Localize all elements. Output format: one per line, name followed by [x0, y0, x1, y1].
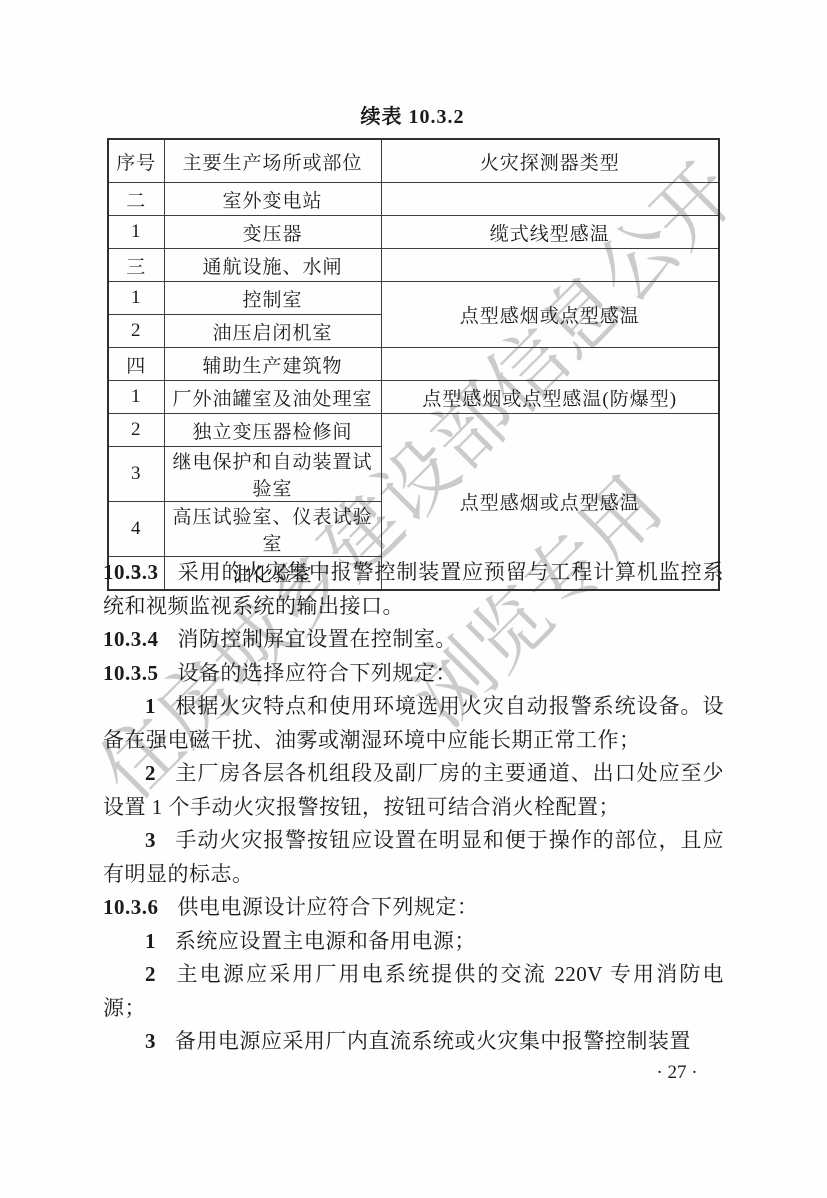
item-number: 1 [145, 929, 156, 953]
cell-no: 1 [108, 282, 164, 315]
cell-type: 点型感烟或点型感温(防爆型) [381, 381, 719, 414]
item-2: 2主厂房各层各机组段及副厂房的主要通道、出口处应至少设置 1 个手动火灾报警按钮… [103, 757, 724, 824]
cell-type [381, 249, 719, 282]
item-3: 3手动火灾报警按钮应设置在明显和便于操作的部位，且应有明显的标志。 [103, 824, 724, 891]
item-number: 2 [145, 962, 156, 986]
table-row: 2 独立变压器检修间 点型感烟或点型感温 [108, 414, 719, 447]
cell-place: 厂外油罐室及油处理室 [164, 381, 381, 414]
clause-number: 10.3.3 [103, 560, 159, 584]
item-text: 根据火灾特点和使用环境选用火灾自动报警系统设备。设备在强电磁干扰、油雾或潮湿环境… [103, 694, 724, 752]
col-header-no: 序号 [108, 139, 164, 183]
item-text: 主电源应采用厂用电系统提供的交流 220V 专用消防电源； [103, 962, 724, 1020]
item-number: 1 [145, 694, 156, 718]
cell-place: 继电保护和自动装置试验室 [164, 447, 381, 502]
cell-type [381, 348, 719, 381]
cell-type-merged: 点型感烟或点型感温 [381, 282, 719, 348]
table-row: 1 变压器 缆式线型感温 [108, 216, 719, 249]
body-text: 10.3.3采用的火灾集中报警控制装置应预留与工程计算机监控系统和视频监视系统的… [103, 556, 724, 1059]
table-row: 1 厂外油罐室及油处理室 点型感烟或点型感温(防爆型) [108, 381, 719, 414]
clause-number: 10.3.6 [103, 895, 159, 919]
item-1: 1根据火灾特点和使用环境选用火灾自动报警系统设备。设备在强电磁干扰、油雾或潮湿环… [103, 690, 724, 757]
cell-no: 4 [108, 502, 164, 557]
cell-no: 四 [108, 348, 164, 381]
col-header-type: 火灾探测器类型 [381, 139, 719, 183]
clause-10-3-5: 10.3.5设备的选择应符合下列规定： [103, 657, 724, 691]
clause-text: 消防控制屏宜设置在控制室。 [177, 627, 457, 651]
table-row: 1 控制室 点型感烟或点型感温 [108, 282, 719, 315]
table-row: 三 通航设施、水闸 [108, 249, 719, 282]
cell-place: 辅助生产建筑物 [164, 348, 381, 381]
item-text: 主厂房各层各机组段及副厂房的主要通道、出口处应至少设置 1 个手动火灾报警按钮，… [103, 761, 724, 819]
item-number: 3 [145, 828, 156, 852]
table-row: 四 辅助生产建筑物 [108, 348, 719, 381]
clause-10-3-3: 10.3.3采用的火灾集中报警控制装置应预留与工程计算机监控系统和视频监视系统的… [103, 556, 724, 623]
item-text: 手动火灾报警按钮应设置在明显和便于操作的部位，且应有明显的标志。 [103, 828, 724, 886]
table-header-row: 序号 主要生产场所或部位 火灾探测器类型 [108, 139, 719, 183]
cell-place: 控制室 [164, 282, 381, 315]
cell-no: 二 [108, 183, 164, 216]
item-3: 3备用电源应采用厂内直流系统或火灾集中报警控制装置 [103, 1025, 724, 1059]
cell-no: 1 [108, 216, 164, 249]
cell-place: 独立变压器检修间 [164, 414, 381, 447]
clause-10-3-4: 10.3.4消防控制屏宜设置在控制室。 [103, 623, 724, 657]
clause-number: 10.3.5 [103, 661, 159, 685]
clause-text: 采用的火灾集中报警控制装置应预留与工程计算机监控系统和视频监视系统的输出接口。 [103, 560, 724, 618]
item-text: 系统应设置主电源和备用电源； [175, 929, 476, 953]
cell-no: 2 [108, 414, 164, 447]
table-title: 续表 10.3.2 [107, 100, 718, 129]
item-text: 备用电源应采用厂内直流系统或火灾集中报警控制装置 [175, 1029, 691, 1053]
cell-no: 三 [108, 249, 164, 282]
clause-text: 供电电源设计应符合下列规定： [177, 895, 478, 919]
cell-type [381, 183, 719, 216]
item-2: 2主电源应采用厂用电系统提供的交流 220V 专用消防电源； [103, 958, 724, 1025]
page-number: · 27 · [627, 1062, 727, 1084]
cell-place: 油压启闭机室 [164, 315, 381, 348]
cell-place: 高压试验室、仪表试验室 [164, 502, 381, 557]
clause-number: 10.3.4 [103, 627, 159, 651]
cell-place: 室外变电站 [164, 183, 381, 216]
cell-place: 变压器 [164, 216, 381, 249]
fire-detector-table: 序号 主要生产场所或部位 火灾探测器类型 二 室外变电站 1 变压器 缆式线型感… [107, 138, 720, 591]
cell-type: 缆式线型感温 [381, 216, 719, 249]
item-number: 2 [145, 761, 156, 785]
cell-place: 通航设施、水闸 [164, 249, 381, 282]
cell-no: 1 [108, 381, 164, 414]
cell-no: 2 [108, 315, 164, 348]
table-row: 二 室外变电站 [108, 183, 719, 216]
document-page: { "watermark": { "line1": "住房城乡建设部信息公开",… [0, 0, 827, 1198]
item-1: 1系统应设置主电源和备用电源； [103, 925, 724, 959]
clause-text: 设备的选择应符合下列规定： [177, 661, 457, 685]
item-number: 3 [145, 1029, 156, 1053]
clause-10-3-6: 10.3.6供电电源设计应符合下列规定： [103, 891, 724, 925]
col-header-place: 主要生产场所或部位 [164, 139, 381, 183]
cell-no: 3 [108, 447, 164, 502]
